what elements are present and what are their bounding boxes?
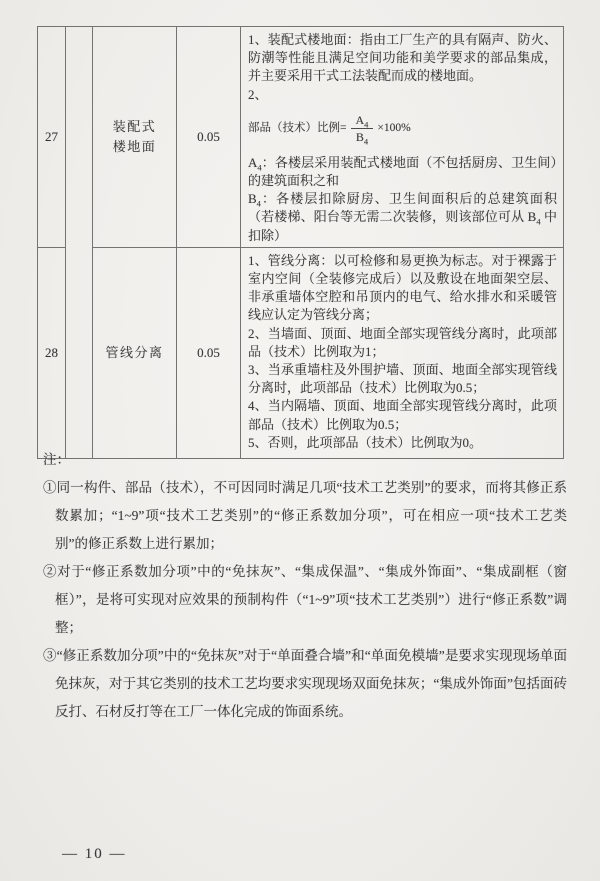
description-clause: 2、当墙面、顶面、地面全部实现管线分离时，此项部品（技术）比例取为1；: [248, 325, 557, 361]
row-number-cell: 27: [38, 27, 66, 248]
formula-label: 部品（技术）比例=: [248, 119, 347, 137]
description-paragraph: 1、装配式楼地面：指由工厂生产的具有隔声、防火、防潮等性能且满足空间功能和美学要…: [248, 31, 557, 86]
note-item-3: ③“修正系数加分项”中的“免抹灰”对于“单面叠合墙”和“单面免模墙”是要求实现现…: [43, 642, 567, 726]
page-number: — 10 —: [62, 846, 127, 863]
table-row-27: 27 装配式 楼地面 0.05 1、装配式楼地面：指由工厂生产的具有隔声、防火、…: [38, 27, 564, 248]
coefficient-cell: 0.05: [177, 247, 241, 458]
variable-b-definition: B4：各楼层扣除厨房、卫生间面积后的总建筑面积（若楼梯、阳台等无需二次装修，则该…: [248, 190, 557, 245]
notes-label: 注：: [43, 446, 567, 474]
correction-coefficient-table: 27 装配式 楼地面 0.05 1、装配式楼地面：指由工厂生产的具有隔声、防火、…: [37, 26, 564, 459]
notes-section: 注： ①同一构件、部品（技术），不可因同时满足几项“技术工艺类别”的要求，而将其…: [43, 446, 567, 726]
description-paragraph: 2、: [248, 86, 557, 104]
category-spacer-cell: [66, 27, 93, 459]
item-name-cell: 管线分离: [93, 247, 177, 458]
item-name-line: 楼地面: [94, 137, 175, 157]
fraction-denominator: B4: [351, 129, 374, 144]
description-cell: 1、管线分离：以可检修和易更换为标志。对于裸露于室内空间（全装修完成后）以及敷设…: [241, 247, 564, 458]
variable-a-definition: A4：各楼层采用装配式楼地面（不包括厨房、卫生间）的建筑面积之和: [248, 154, 557, 190]
item-name-line: 装配式: [94, 117, 175, 137]
scanned-document-page: 27 装配式 楼地面 0.05 1、装配式楼地面：指由工厂生产的具有隔声、防火、…: [0, 0, 600, 881]
description-clause: 3、当承重墙柱及外围护墙、顶面、地面全部实现管线分离时，此项部品（技术）比例取为…: [248, 361, 557, 397]
description-clause: 4、当内隔墙、顶面、地面全部实现管线分离时，此项部品（技术）比例取为0.5；: [248, 397, 557, 433]
coefficient-cell: 0.05: [177, 27, 241, 248]
table-row-28: 28 管线分离 0.05 1、管线分离：以可检修和易更换为标志。对于裸露于室内空…: [38, 247, 564, 458]
formula-fraction: A4 B4: [351, 113, 374, 144]
ratio-formula: 部品（技术）比例= A4 B4 ×100%: [248, 113, 557, 144]
note-item-1: ①同一构件、部品（技术），不可因同时满足几项“技术工艺类别”的要求，而将其修正系…: [43, 474, 567, 558]
description-clause: 1、管线分离：以可检修和易更换为标志。对于裸露于室内空间（全装修完成后）以及敷设…: [248, 252, 557, 325]
row-number-cell: 28: [38, 247, 66, 458]
item-name-cell: 装配式 楼地面: [93, 27, 177, 248]
note-item-2: ②对于“修正系数加分项”中的“免抹灰”、“集成保温”、“集成外饰面”、“集成副框…: [43, 558, 567, 642]
description-cell: 1、装配式楼地面：指由工厂生产的具有隔声、防火、防潮等性能且满足空间功能和美学要…: [241, 27, 564, 248]
fraction-numerator: A4: [351, 113, 374, 129]
item-name-line: 管线分离: [94, 343, 175, 363]
formula-suffix: ×100%: [377, 119, 410, 137]
